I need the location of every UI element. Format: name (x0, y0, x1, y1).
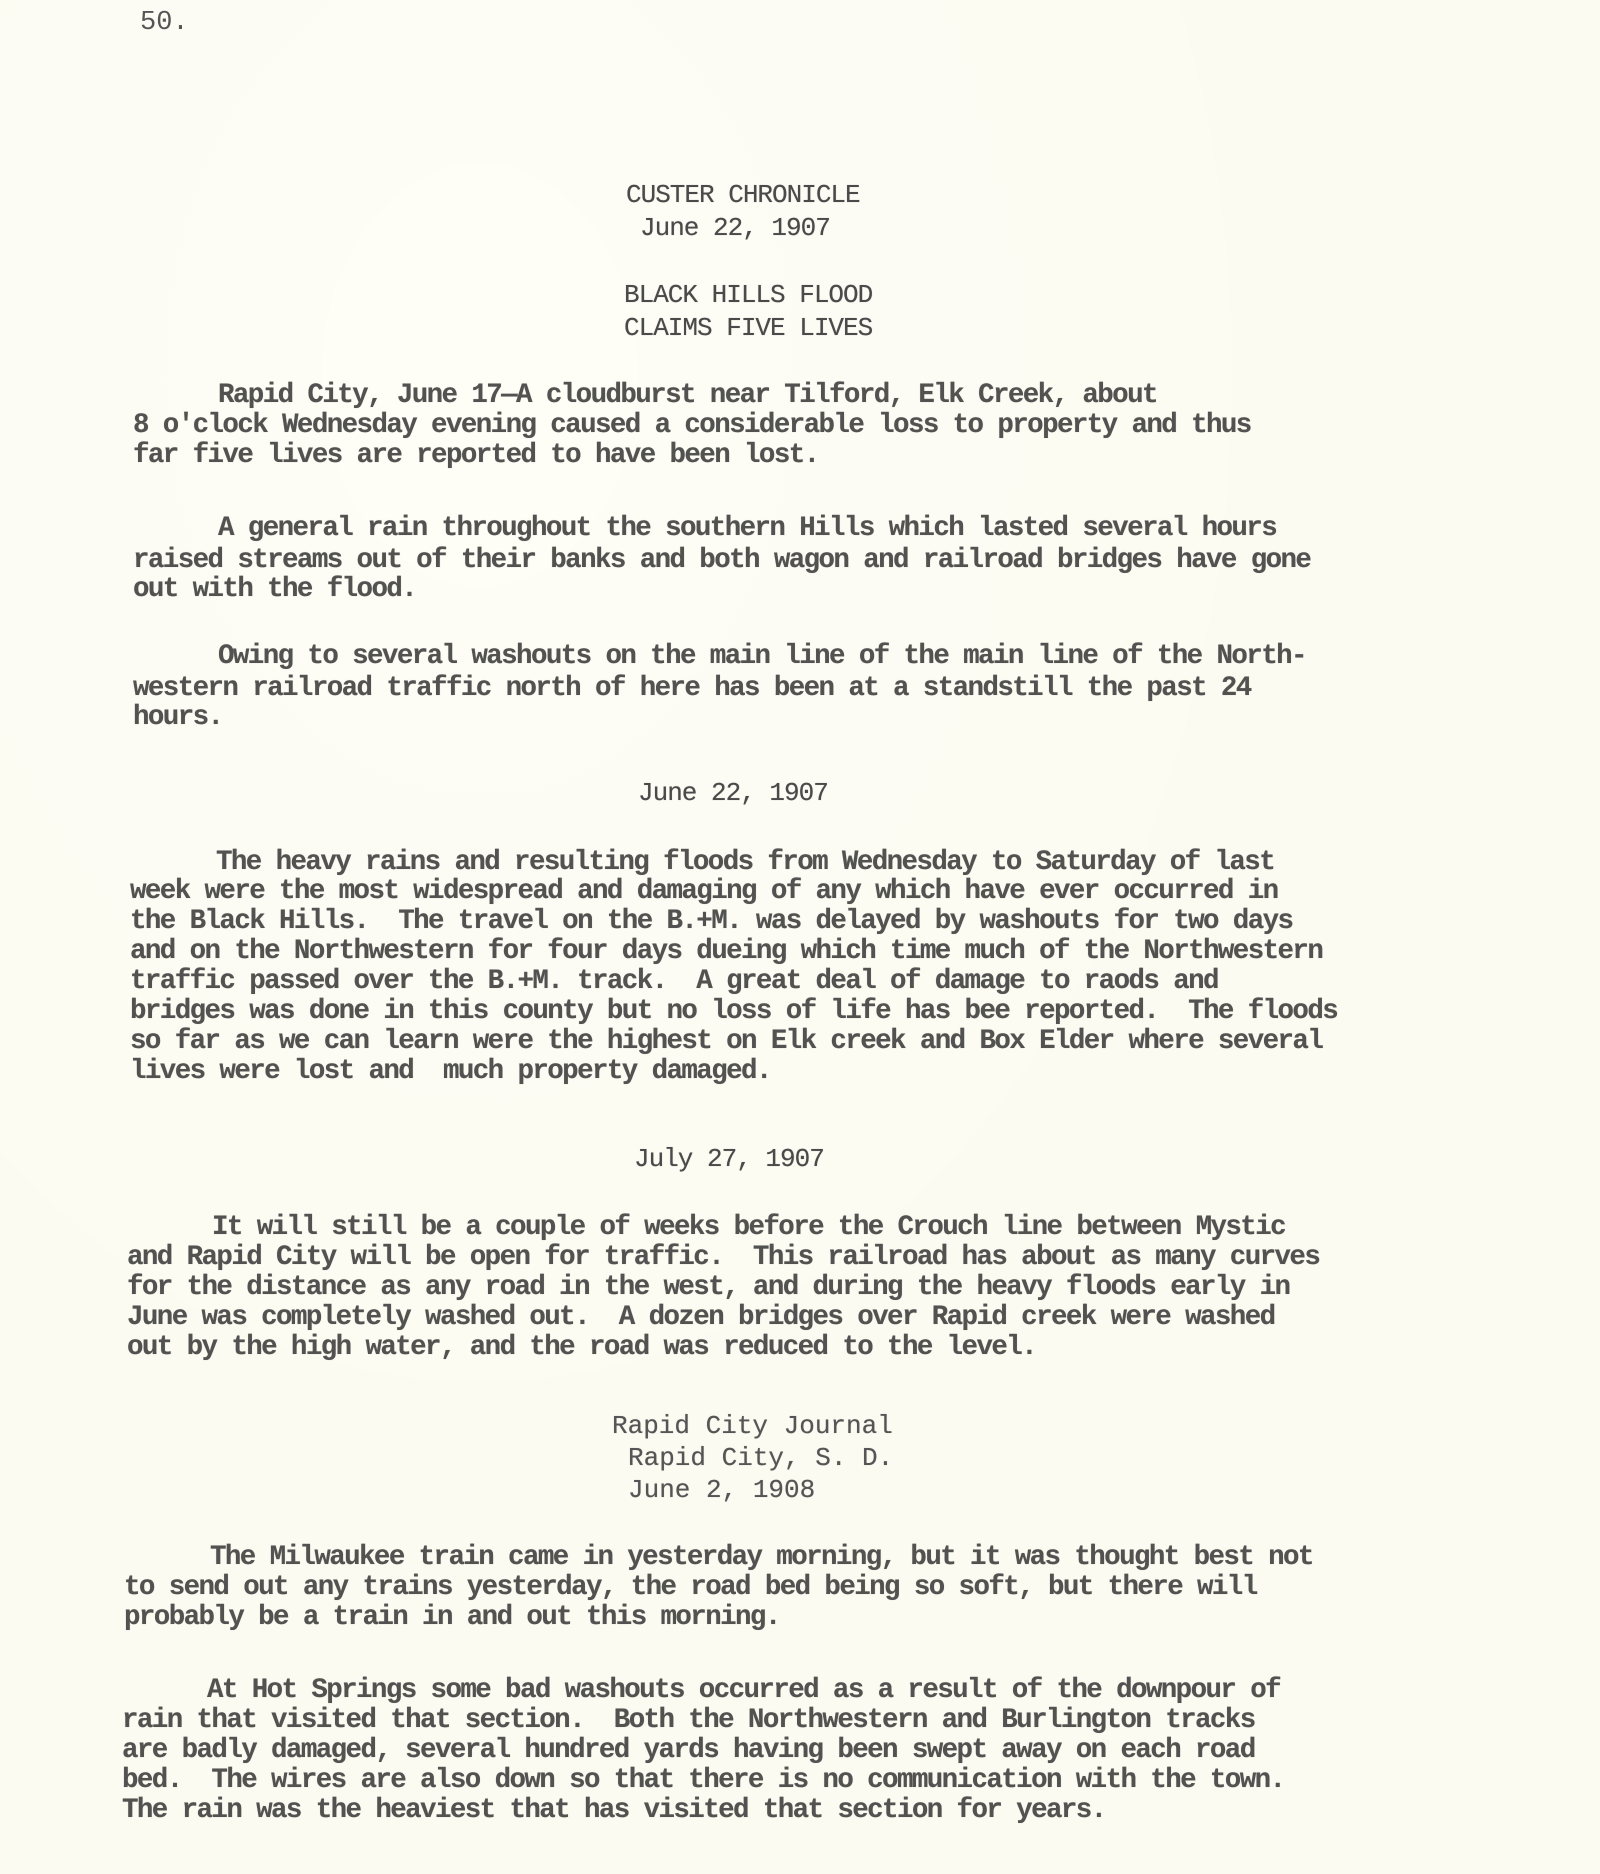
paragraph-line: lives were lost and much property damage… (130, 1056, 771, 1088)
section-date: July 27, 1907 (634, 1143, 824, 1175)
paragraph-line: It will still be a couple of weeks befor… (212, 1212, 1285, 1244)
paragraph-line: The heavy rains and resulting floods fro… (216, 847, 1274, 879)
paragraph-line: traffic passed over the B.+M. track. A g… (130, 966, 1218, 998)
paragraph-line: Rapid City, June 17—A cloudburst near Ti… (218, 380, 1157, 412)
paragraph-line: probably be a train in and out this morn… (124, 1602, 780, 1634)
paragraph-line: A general rain throughout the southern H… (218, 513, 1276, 545)
paragraph-line: rain that visited that section. Both the… (122, 1705, 1255, 1737)
paragraph-line: the Black Hills. The travel on the B.+M.… (130, 906, 1292, 938)
paragraph-line: Owing to several washouts on the main li… (218, 641, 1306, 673)
headline-line-1: BLACK HILLS FLOOD (624, 279, 872, 311)
paragraph-line: out by the high water, and the road was … (127, 1332, 1036, 1364)
paragraph-line: far five lives are reported to have been… (133, 440, 819, 472)
source-title: CUSTER CHRONICLE (626, 179, 860, 211)
paragraph-line: are badly damaged, several hundred yards… (122, 1735, 1255, 1767)
paragraph-line: for the distance as any road in the west… (127, 1272, 1289, 1304)
paragraph-line: bridges was done in this county but no l… (130, 996, 1337, 1028)
section-date: June 22, 1907 (638, 777, 828, 809)
paragraph-line: out with the flood. (133, 574, 416, 606)
paragraph-line: and Rapid City will be open for traffic.… (127, 1242, 1319, 1274)
paragraph-line: hours. (133, 702, 222, 734)
source-date: June 2, 1908 (628, 1474, 815, 1506)
paragraph-line: to send out any trains yesterday, the ro… (124, 1572, 1257, 1604)
paragraph-line: At Hot Springs some bad washouts occurre… (207, 1675, 1280, 1707)
source-title: Rapid City Journal (612, 1410, 893, 1442)
paragraph-line: western railroad traffic north of here h… (133, 673, 1251, 705)
paragraph-line: The rain was the heaviest that has visit… (122, 1795, 1106, 1827)
source-place: Rapid City, S. D. (628, 1442, 893, 1474)
document-page: 50. CUSTER CHRONICLE June 22, 1907 BLACK… (0, 0, 1600, 1874)
paragraph-line: 8 o'clock Wednesday evening caused a con… (133, 410, 1251, 442)
paragraph-line: week were the most widespread and damagi… (130, 876, 1278, 908)
paragraph-line: so far as we can learn were the highest … (130, 1026, 1322, 1058)
paragraph-line: raised streams out of their banks and bo… (133, 545, 1310, 577)
paragraph-line: and on the Northwestern for four days du… (130, 936, 1322, 968)
paragraph-line: bed. The wires are also down so that the… (122, 1765, 1284, 1797)
page-number: 50. (140, 8, 189, 38)
headline-line-2: CLAIMS FIVE LIVES (624, 312, 872, 344)
source-date: June 22, 1907 (640, 212, 830, 244)
paragraph-line: The Milwaukee train came in yesterday mo… (210, 1542, 1313, 1574)
paragraph-line: June was completely washed out. A dozen … (127, 1302, 1275, 1334)
